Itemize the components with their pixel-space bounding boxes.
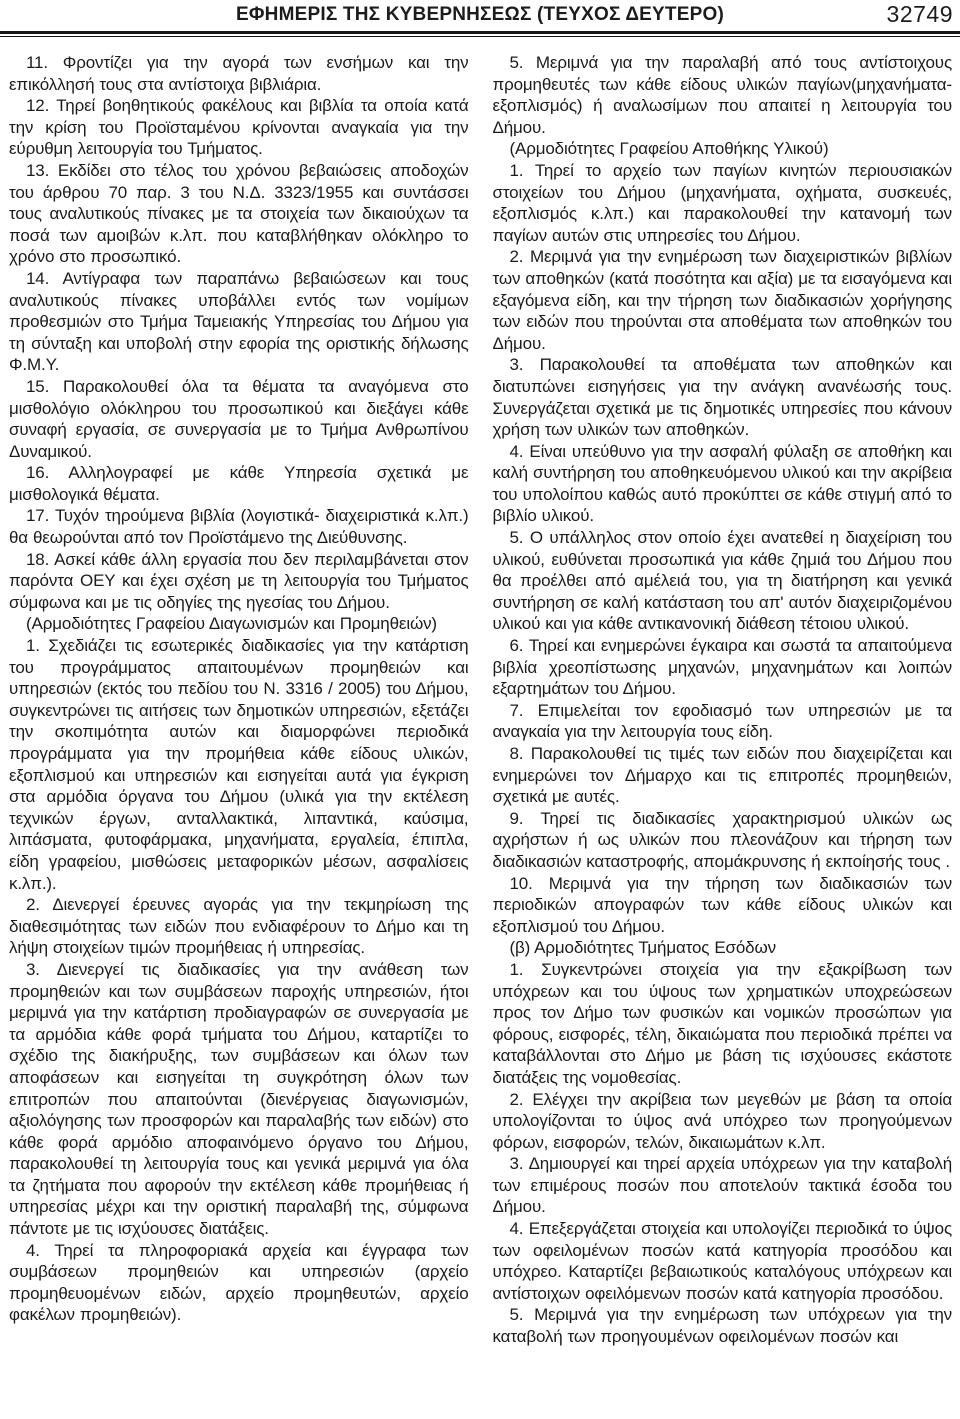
paragraph: 9. Τηρεί τις διαδικασίες χαρακτηρισμού υ… <box>493 808 953 873</box>
page-header: ΕΦΗΜΕΡΙΣ ΤΗΣ ΚΥΒΕΡΝΗΣΕΩΣ (ΤΕΥΧΟΣ ΔΕΥΤΕΡΟ… <box>0 0 960 31</box>
paragraph: 4. Τηρεί τα πληροφοριακά αρχεία και έγγρ… <box>9 1240 469 1326</box>
paragraph: 18. Ασκεί κάθε άλλη εργασία που δεν περι… <box>9 549 469 614</box>
left-column: 11. Φροντίζει για την αγορά των ενσήμων … <box>9 52 469 1348</box>
paragraph: 3. Δημιουργεί και τηρεί αρχεία υπόχρεων … <box>493 1153 953 1218</box>
document-body: 11. Φροντίζει για την αγορά των ενσήμων … <box>0 37 960 1348</box>
paragraph: 4. Επεξεργάζεται στοιχεία και υπολογίζει… <box>493 1218 953 1304</box>
paragraph: (β) Αρμοδιότητες Τμήματος Εσόδων <box>493 937 953 959</box>
paragraph: 5. Μεριμνά για την ενημέρωση των υπόχρεω… <box>493 1304 953 1347</box>
paragraph: 2. Μεριμνά για την ενημέρωση των διαχειρ… <box>493 246 953 354</box>
right-column: 5. Μεριμνά για την παραλαβή από τους αντ… <box>493 52 953 1348</box>
paragraph: 16. Αλληλογραφεί με κάθε Υπηρεσία σχετικ… <box>9 462 469 505</box>
paragraph: 1. Τηρεί το αρχείο των παγίων κινητών πε… <box>493 160 953 246</box>
paragraph: 3. Παρακολουθεί τα αποθέματα των αποθηκώ… <box>493 354 953 440</box>
paragraph: 5. Ο υπάλληλος στον οποίο έχει ανατεθεί … <box>493 527 953 635</box>
paragraph: 10. Μεριμνά για την τήρηση των διαδικασι… <box>493 873 953 938</box>
gazette-page: ΕΦΗΜΕΡΙΣ ΤΗΣ ΚΥΒΕΡΝΗΣΕΩΣ (ΤΕΥΧΟΣ ΔΕΥΤΕΡΟ… <box>0 0 960 1419</box>
paragraph: 4. Είναι υπεύθυνο για την ασφαλή φύλαξη … <box>493 441 953 527</box>
paragraph: 7. Επιμελείται τον εφοδιασμό των υπηρεσι… <box>493 700 953 743</box>
paragraph: 1. Συγκεντρώνει στοιχεία για την εξακρίβ… <box>493 959 953 1089</box>
paragraph: 3. Διενεργεί τις διαδικασίες για την ανά… <box>9 959 469 1240</box>
paragraph: 2. Διενεργεί έρευνες αγοράς για την τεκμ… <box>9 894 469 959</box>
page-number: 32749 <box>887 1 953 28</box>
paragraph: 17. Τυχόν τηρούμενα βιβλία (λογιστικά- δ… <box>9 505 469 548</box>
paragraph: 2. Ελέγχει την ακρίβεια των μεγεθών με β… <box>493 1089 953 1154</box>
paragraph: 8. Παρακολουθεί τις τιμές των ειδών που … <box>493 743 953 808</box>
page-title: ΕΦΗΜΕΡΙΣ ΤΗΣ ΚΥΒΕΡΝΗΣΕΩΣ (ΤΕΥΧΟΣ ΔΕΥΤΕΡΟ… <box>0 4 960 26</box>
paragraph: 5. Μεριμνά για την παραλαβή από τους αντ… <box>493 52 953 138</box>
paragraph: 15. Παρακολουθεί όλα τα θέματα τα αναγόμ… <box>9 376 469 462</box>
paragraph: (Αρμοδιότητες Γραφείου Διαγωνισμών και Π… <box>9 613 469 635</box>
paragraph: 14. Αντίγραφα των παραπάνω βεβαιώσεων κα… <box>9 268 469 376</box>
paragraph: 13. Εκδίδει στο τέλος του χρόνου βεβαιώσ… <box>9 160 469 268</box>
paragraph: 6. Τηρεί και ενημερώνει έγκαιρα και σωστ… <box>493 635 953 700</box>
paragraph: (Αρμοδιότητες Γραφείου Αποθήκης Υλικού) <box>493 138 953 160</box>
paragraph: 12. Τηρεί βοηθητικούς φακέλους και βιβλί… <box>9 95 469 160</box>
paragraph: 11. Φροντίζει για την αγορά των ενσήμων … <box>9 52 469 95</box>
paragraph: 1. Σχεδιάζει τις εσωτερικές διαδικασίες … <box>9 635 469 894</box>
